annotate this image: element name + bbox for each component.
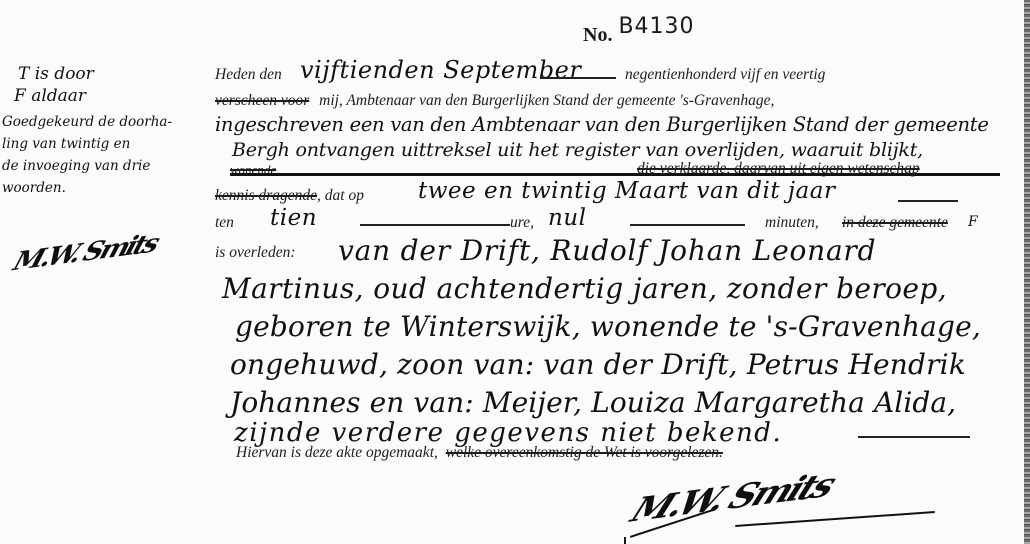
- signature-underline: [735, 511, 935, 527]
- handwritten-ingeschreven: ingeschreven een van den Ambtenaar van d…: [215, 113, 989, 136]
- printed-ure: ure,: [510, 214, 534, 232]
- printed-minuten: minuten,: [765, 214, 819, 232]
- certificate-number: No. B4130: [583, 22, 695, 47]
- handwritten-death-date: twee en twintig Maart van dit jaar: [418, 178, 835, 204]
- handwritten-minutes: nul: [548, 205, 586, 231]
- printed-ambtenaar: mij, Ambtenaar van den Burgerlijken Stan…: [319, 92, 774, 109]
- line-14: Hiervan is deze akte opgemaakt, welke ov…: [236, 444, 723, 462]
- fill-line: [360, 224, 510, 226]
- fill-line: [858, 436, 970, 438]
- handwritten-birthplace-residence: geboren te Winterswijk, wonende te 's-Gr…: [235, 310, 981, 343]
- margin-note-line-1: T is door: [18, 64, 94, 85]
- printed-ten: ten: [215, 214, 234, 232]
- handwritten-hour: tien: [270, 205, 317, 231]
- margin-reference-mark: F: [968, 214, 978, 230]
- handwritten-mother: Johannes en van: Meijer, Louiza Margaret…: [230, 386, 956, 419]
- printed-dat-op: , dat op: [317, 187, 364, 204]
- number-label: No.: [583, 24, 612, 46]
- line-6: kennis dragende, dat op: [215, 187, 364, 205]
- printed-heden-den: Heden den: [215, 66, 282, 83]
- margin-note-line-2: F aldaar: [14, 86, 86, 107]
- struck-verscheen-voor: verscheen voor: [215, 92, 309, 109]
- handwritten-marital-father: ongehuwd, zoon van: van der Drift, Petru…: [230, 348, 966, 381]
- page-edge-border: [1024, 0, 1030, 544]
- struck-kennis-dragende: kennis dragende: [215, 187, 317, 204]
- line-2: verscheen voor mij, Ambtenaar van den Bu…: [215, 92, 774, 110]
- number-value: B4130: [618, 14, 694, 39]
- handwritten-age-occupation: Martinus, oud achtendertig jaren, zonder…: [222, 272, 947, 305]
- handwritten-date: vijftienden September: [300, 56, 581, 84]
- printed-hiervan: Hiervan is deze akte opgemaakt,: [236, 444, 438, 461]
- margin-note-line-3: Goedgekeurd de doorha-: [2, 112, 172, 133]
- printed-is-overleden: is overleden:: [215, 244, 295, 262]
- fill-line: [898, 200, 958, 202]
- signature-tick: [624, 537, 626, 544]
- handwritten-uittreksel: Bergh ontvangen uittreksel uit het regis…: [232, 139, 923, 161]
- printed-year: negentienhonderd vijf en veertig: [625, 66, 825, 84]
- margin-note-line-4: ling van twintig en: [2, 134, 130, 155]
- handwritten-deceased-name: van der Drift, Rudolf Johan Leonard: [338, 234, 876, 267]
- struck-die-verklaarde: die verklaarde, daarvan uit eigen wetens…: [637, 160, 920, 178]
- margin-signature: M.W. Smits: [9, 229, 160, 277]
- death-certificate-page: No. B4130 T is door F aldaar Goedgekeurd…: [0, 0, 1030, 544]
- margin-note-line-5: de invoeging van drie: [2, 156, 150, 177]
- struck-wonende: wonende: [230, 162, 276, 178]
- margin-note-line-6: woorden.: [2, 178, 66, 199]
- fill-line: [630, 224, 745, 226]
- fill-line: [540, 77, 616, 79]
- line-1: Heden den: [215, 66, 282, 84]
- struck-in-deze-gemeente: in deze gemeente: [842, 214, 948, 232]
- struck-voorgelezen: welke overeenkomstig de Wet is voorgelez…: [446, 444, 723, 461]
